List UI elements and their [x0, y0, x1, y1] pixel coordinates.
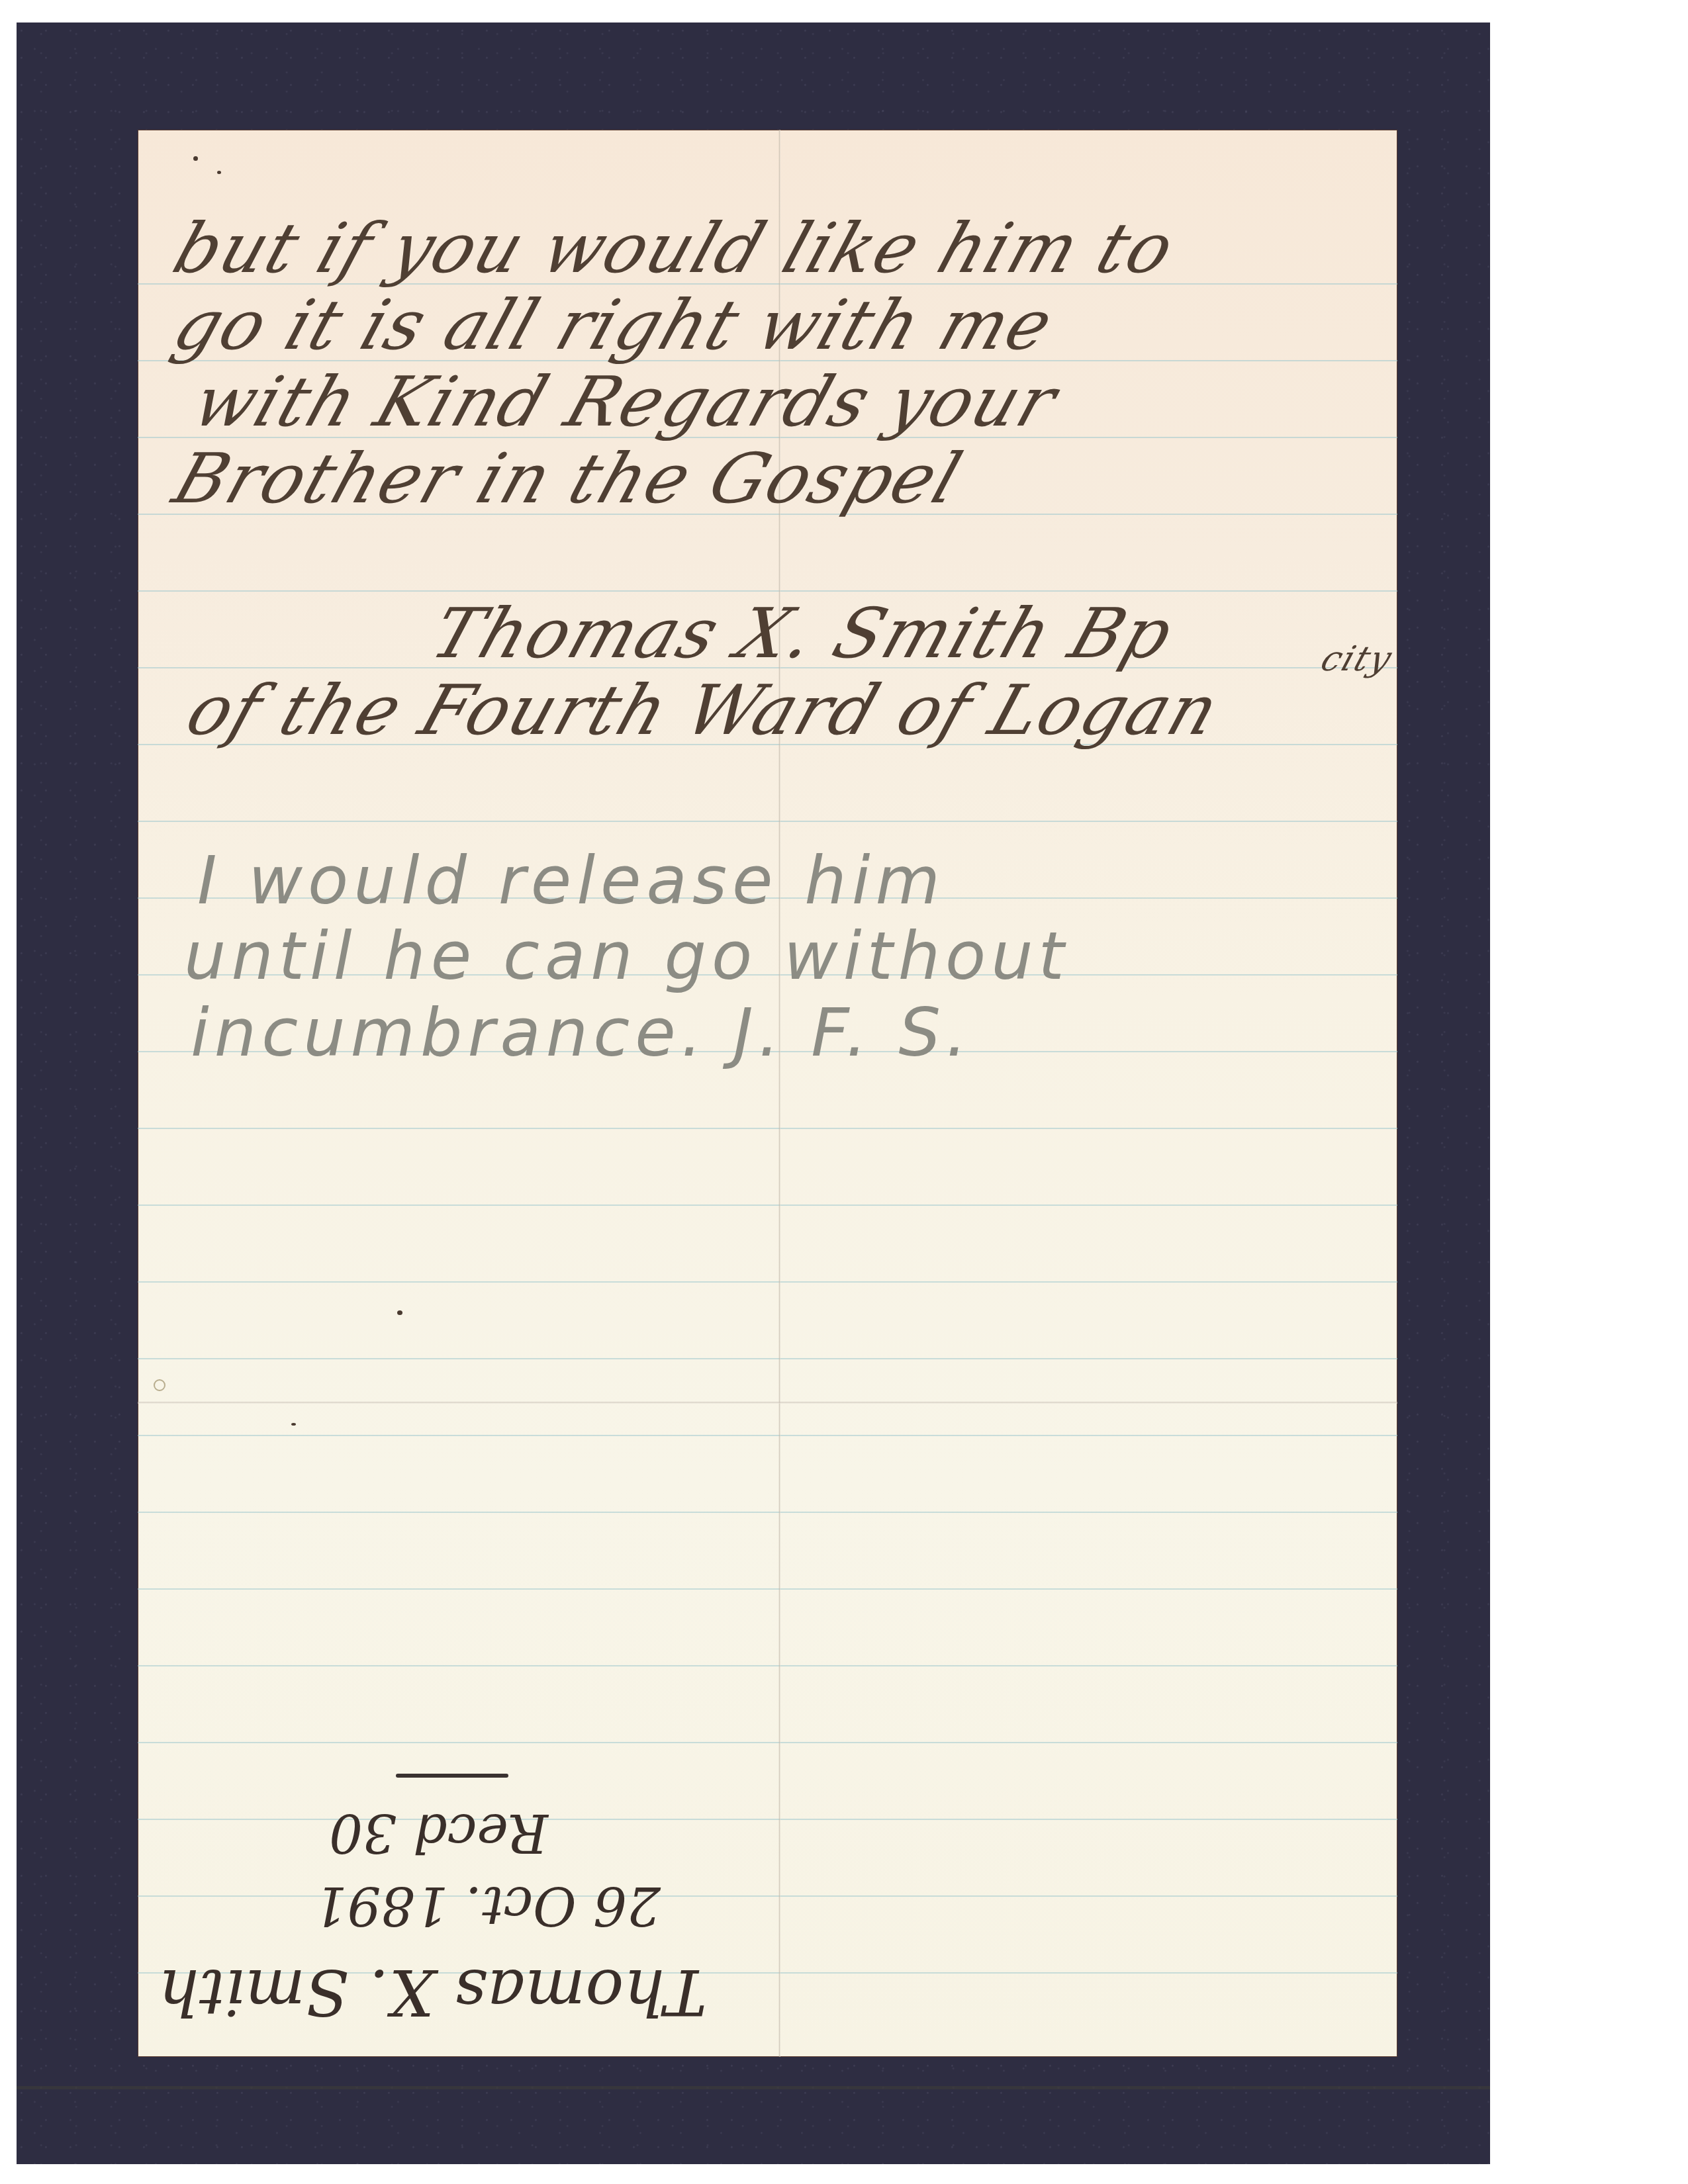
docket-date: 26 Oct. 1891	[314, 1875, 661, 1936]
ring-mark	[154, 1379, 165, 1391]
ruled-line	[138, 1435, 1397, 1436]
horizontal-fold-crease	[138, 1402, 1397, 1404]
mat-crease-line	[17, 2086, 1490, 2089]
letter-line-3: with Kind Regards your	[184, 361, 1068, 442]
signature-name: Thomas X. Smith Bp	[422, 593, 1184, 674]
ruled-line	[138, 821, 1397, 822]
signature-insertion-city: city	[1316, 639, 1397, 679]
ruled-line	[138, 1512, 1397, 1513]
ruled-line	[138, 1281, 1397, 1283]
ink-speck	[397, 1310, 402, 1315]
ruled-line	[138, 1205, 1397, 1206]
ink-speck	[217, 171, 221, 174]
letter-line-1: but if you would like him to	[164, 208, 1185, 289]
ruled-line	[138, 1358, 1397, 1359]
pencil-annotation-line-3: incumbrance. J. F. S.	[191, 994, 972, 1071]
ink-speck	[291, 1423, 296, 1426]
pencil-annotation-line-2: until he can go without	[184, 917, 1070, 995]
ink-speck	[193, 156, 198, 161]
letter-line-2: go it is all right with me	[164, 285, 1064, 365]
ruled-line	[138, 1588, 1397, 1590]
ruled-line	[138, 1742, 1397, 1743]
pencil-annotation-line-1: I would release him	[197, 842, 945, 919]
letter-line-4: Brother in the Gospel	[164, 438, 972, 519]
ruled-line	[138, 1128, 1397, 1129]
docket-underline	[396, 1774, 508, 1778]
docket-received: Recd 30	[329, 1802, 548, 1864]
docket-endorsement: Thomas X. Smith 26 Oct. 1891 Recd 30	[230, 1745, 747, 2056]
ruled-line	[138, 1665, 1397, 1666]
ruled-line	[138, 590, 1397, 592]
docket-name: Thomas X. Smith	[158, 1955, 707, 2029]
signature-ward: of the Fourth Ward of Logan	[177, 670, 1229, 751]
letter-page: but if you would like him to go it is al…	[138, 130, 1397, 2057]
